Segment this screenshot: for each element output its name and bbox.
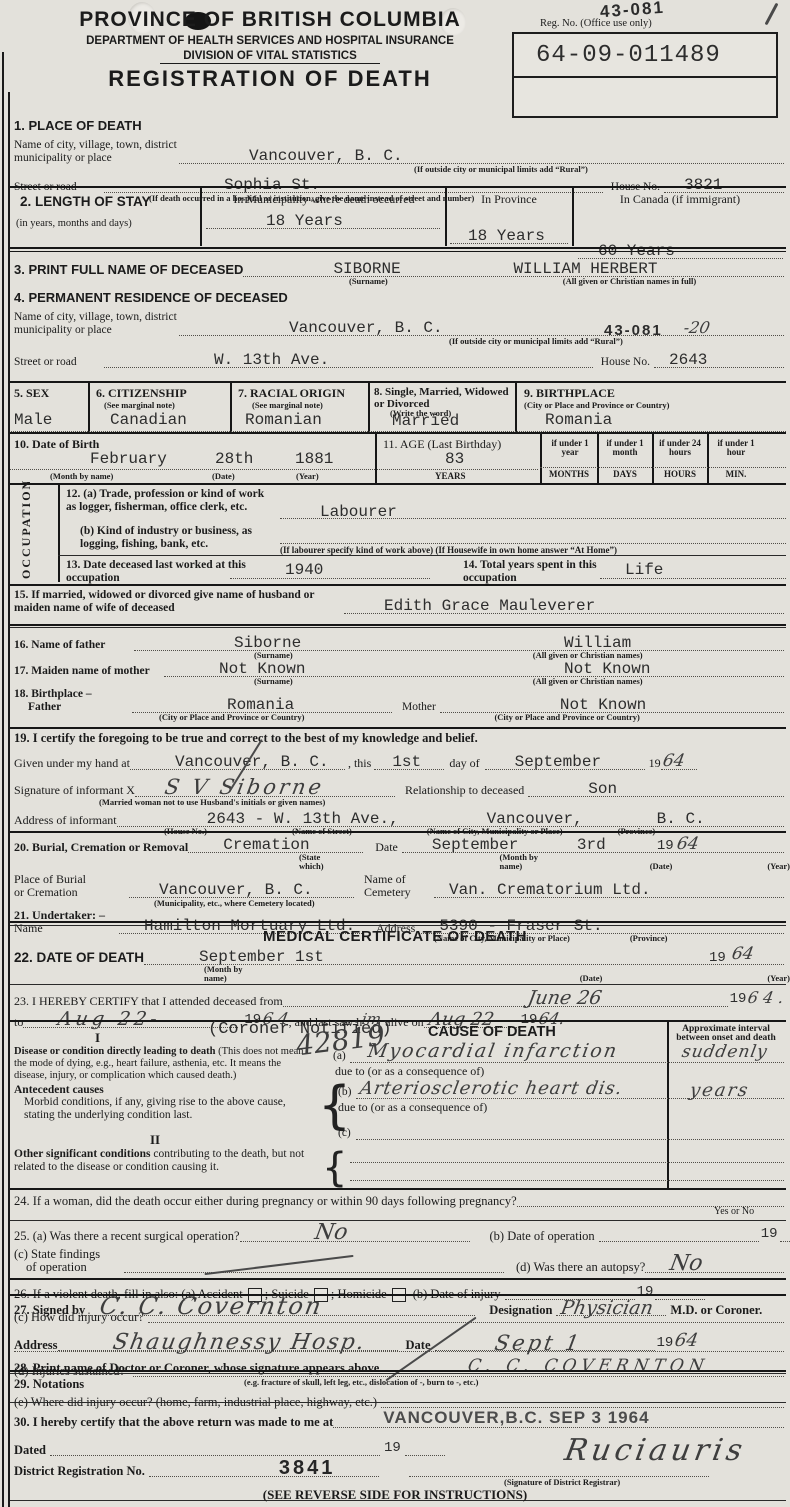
s3-label: 3. PRINT FULL NAME OF DECEASED xyxy=(14,262,243,277)
s24-label: 24. If a woman, did the death occur eith… xyxy=(14,1195,517,1208)
s11-col3-bottom: HOURS xyxy=(656,470,704,479)
s14-value: Life xyxy=(625,561,663,579)
s17-label: 17. Maiden name of mother xyxy=(14,665,164,678)
s19-certify: 19. I certify the foregoing to be true a… xyxy=(14,732,790,745)
section-25-operation: 25. (a) Was there a recent surgical oper… xyxy=(0,1226,790,1276)
s4-stamp: 43-081 xyxy=(604,322,663,339)
s5-value: Male xyxy=(14,411,52,429)
cause-a-value: Myocardial infarction xyxy=(366,1040,620,1062)
s19-rel-label: Relationship to deceased xyxy=(405,784,524,797)
s22-month-note: (Month by name) xyxy=(204,965,250,983)
s11-col4-bottom: MIN. xyxy=(712,470,760,479)
s29-label: 29. Notations xyxy=(14,1377,84,1391)
division-line: DIVISION OF VITAL STATISTICS xyxy=(160,50,380,64)
s19-signature: S V Siborne xyxy=(163,775,326,799)
s16-surname-note: (Surname) xyxy=(254,651,293,660)
s10-date-value: 28th xyxy=(215,450,253,468)
s11-col1-bottom: MONTHS xyxy=(544,470,594,479)
due-to-b: due to (or as a consequence of) xyxy=(338,1101,487,1114)
s7-label: 7. RACIAL ORIGIN xyxy=(238,387,345,399)
s1-city-label: Name of city, village, town, district mu… xyxy=(14,139,179,164)
s30-received-stamp: VANCOUVER,B.C. SEP 3 1964 xyxy=(383,1408,649,1428)
section-15: 15. If married, widowed or divorced give… xyxy=(0,587,790,623)
s10-year-value: 1881 xyxy=(295,450,333,468)
s19-addr-city: Vancouver, xyxy=(487,810,583,828)
s15-value: Edith Grace Mauleverer xyxy=(384,597,595,615)
s10-year-note: (Year) xyxy=(296,472,319,481)
header: PROVINCE OF BRITISH COLUMBIA DEPARTMENT … xyxy=(0,0,790,95)
s20-cem-value: Van. Crematorium Ltd. xyxy=(449,881,651,899)
s6-note: (See marginal note) xyxy=(104,401,175,410)
s22-year-value: 64 xyxy=(730,944,755,964)
other-brace: { xyxy=(322,1148,347,1188)
medcert-title: MEDICAL CERTIFICATE OF DEATH xyxy=(263,928,527,945)
s2-col2-label: In Province xyxy=(452,193,566,206)
s27-date-label: Date xyxy=(406,1339,431,1352)
s19-month-value: September xyxy=(515,753,601,771)
s16-label: 16. Name of father xyxy=(14,639,134,652)
s16-given: William xyxy=(564,634,631,652)
s2-subheading: (in years, months and days) xyxy=(16,218,132,229)
s10-label: 10. Date of Birth xyxy=(14,438,99,451)
s25d-value: No xyxy=(668,1251,705,1276)
s4-city-value: Vancouver, B. C. xyxy=(289,319,443,337)
s12a-label: 12. (a) Trade, profession or kind of wor… xyxy=(66,488,276,513)
s20-cem-label1: Name of xyxy=(364,873,434,886)
s7-value: Romanian xyxy=(245,411,322,429)
s5-label: 5. SEX xyxy=(14,387,49,399)
s27-desig-note: M.D. or Coroner. xyxy=(670,1304,762,1317)
cause-heading: CAUSE OF DEATH xyxy=(428,1024,556,1040)
section-5-9: 5. SEX Male 6. CITIZENSHIP (See marginal… xyxy=(0,383,790,432)
s19-year-value: 64 xyxy=(661,751,686,771)
s24-note: Yes or No xyxy=(714,1207,790,1216)
s11-years-value: 83 xyxy=(445,450,464,468)
section-10-11: 10. Date of Birth February 28th 1881 (Mo… xyxy=(0,434,790,483)
district-reg-number: 3841 xyxy=(279,1457,336,1480)
s27-label: 27. Signed by xyxy=(14,1304,85,1317)
s20-date-label: Date xyxy=(375,841,398,854)
section-4-residence: 4. PERMANENT RESIDENCE OF DECEASED Name … xyxy=(0,290,790,380)
section-27-28-signed: 27. Signed by C. C. Covernton Designatio… xyxy=(0,1297,790,1369)
s23-from-value: June 26 xyxy=(526,987,603,1009)
s19-sig-label: Signature of informant X xyxy=(14,784,135,797)
footer-text: (SEE REVERSE SIDE FOR INSTRUCTIONS) xyxy=(263,1487,527,1502)
s12b-note: (If labourer specify kind of work above)… xyxy=(280,546,617,555)
s10-month-note: (Month by name) xyxy=(50,472,113,481)
s2-heading: 2. LENGTH OF STAY xyxy=(20,194,151,209)
s19-day-value: 1st xyxy=(392,753,421,771)
form-title: REGISTRATION OF DEATH xyxy=(95,66,445,92)
s19-this-label: , this xyxy=(348,757,371,770)
s11-col4-top: if under 1 hour xyxy=(712,439,760,457)
s20-place-label2: or Cremation xyxy=(14,886,129,899)
s18-father-note: (City or Place and Province or Country) xyxy=(159,713,304,722)
s1-heading: 1. PLACE OF DEATH xyxy=(14,118,790,133)
s22-year-note: (Year) xyxy=(767,974,790,983)
s18-label1: 18. Birthplace – xyxy=(14,688,132,701)
s17-surname-note: (Surname) xyxy=(254,677,293,686)
antecedent-label-lead: Antecedent causes xyxy=(14,1084,314,1096)
s20-date-year-note: (Year) xyxy=(767,862,790,871)
other-label-lead: Other significant conditions xyxy=(14,1148,151,1160)
section-2-length-of-stay: 2. LENGTH OF STAY (in years, months and … xyxy=(0,188,790,246)
section-12-14-occupation: OCCUPATION 12. (a) Trade, profession or … xyxy=(0,485,790,582)
s8-label: 8. Single, Married, Widowed or Divorced xyxy=(374,386,509,410)
s20-place-value: Vancouver, B. C. xyxy=(159,881,313,899)
death-registration-certificate: PROVINCE OF BRITISH COLUMBIA DEPARTMENT … xyxy=(0,0,790,1507)
s14-label: 14. Total years spent in this occupation xyxy=(463,559,623,584)
s3-surname-note: (Surname) xyxy=(349,277,388,286)
s20-date-month: September xyxy=(432,836,518,854)
medical-certificate-header: MEDICAL CERTIFICATE OF DEATH xyxy=(0,928,790,950)
s6-value: Canadian xyxy=(110,411,187,429)
s13-label: 13. Date deceased last worked at this oc… xyxy=(66,559,266,584)
s20-date-day: 3rd xyxy=(577,836,606,854)
s4-street-value: W. 13th Ave. xyxy=(214,351,329,369)
s2-col1-value: 18 Years xyxy=(266,212,343,230)
s10-date-note: (Date) xyxy=(212,472,235,481)
s18-mother-note: (City or Place and Province or Country) xyxy=(494,713,639,722)
s23-from-year: 6 4 . xyxy=(747,988,786,1007)
province-title: PROVINCE OF BRITISH COLUMBIA xyxy=(75,8,465,32)
s30-dated-year: 19 xyxy=(384,1440,401,1456)
s20-date-year: 64 xyxy=(675,834,700,854)
s18-father-value: Romania xyxy=(227,696,294,714)
s1-city-note: (If outside city or municipal limits add… xyxy=(414,165,790,174)
s11-label: 11. AGE (Last Birthday) xyxy=(383,438,501,451)
s7-note: (See marginal note) xyxy=(252,401,323,410)
s2-col1-label: In Municipality where death occurred xyxy=(210,193,438,206)
s22-label: 22. DATE OF DEATH xyxy=(14,950,144,965)
section-22-date-of-death: 22. DATE OF DEATH September 1st 19 64 (M… xyxy=(0,950,790,984)
section-3-name: 3. PRINT FULL NAME OF DECEASED SIBORNE W… xyxy=(0,256,790,290)
s4-house-label: House No. xyxy=(601,356,650,369)
s25a-label: 25. (a) Was there a recent surgical oper… xyxy=(14,1230,240,1243)
s17-given-note: (All given or Christian names) xyxy=(533,677,643,686)
s2-col2-value: 18 Years xyxy=(468,227,545,245)
s18-mother-label: Mother xyxy=(402,701,436,714)
s4-street-label: Street or road xyxy=(14,356,104,369)
disease-label-lead: Disease or condition directly leading to… xyxy=(14,1046,215,1057)
s20-label: 20. Burial, Cremation or Removal xyxy=(14,841,188,854)
s9-value: Romania xyxy=(545,411,612,429)
s20-cem-label2: Cemetery xyxy=(364,886,434,899)
cause-b-label: (b) xyxy=(338,1086,351,1099)
s25b-year: 19 xyxy=(761,1226,778,1242)
s11-years-note: YEARS xyxy=(435,472,466,481)
roman-numeral-1: I xyxy=(95,1032,100,1044)
footer: (SEE REVERSE SIDE FOR INSTRUCTIONS) xyxy=(0,1486,790,1506)
cause-b-interval: years xyxy=(688,1080,751,1101)
occupation-vertical-label: OCCUPATION xyxy=(20,489,32,579)
s23-yr1: 19 xyxy=(730,991,747,1007)
s22-yr: 19 xyxy=(709,950,726,966)
s4-heading: 4. PERMANENT RESIDENCE OF DECEASED xyxy=(14,290,790,305)
s27-signature: C. C. Covernton xyxy=(98,1292,326,1320)
section-29-notations: 29. Notations xyxy=(0,1375,790,1405)
s16-surname: Siborne xyxy=(234,634,301,652)
s19-given-label: Given under my hand at xyxy=(14,757,130,770)
s19-dayof-label: day of xyxy=(449,757,479,770)
s27-desig-value: Physician xyxy=(559,1297,655,1319)
s4-city-label: Name of city, village, town, district mu… xyxy=(14,311,179,336)
s25c-label1: (c) State findings xyxy=(14,1248,124,1261)
roman-numeral-2: II xyxy=(150,1134,160,1146)
cause-b-value: Arteriosclerotic heart dis. xyxy=(358,1078,624,1099)
s30-dated-label: Dated xyxy=(14,1444,46,1457)
s27-date-value: Sept 1 xyxy=(492,1331,583,1355)
cause-c-label: (c) xyxy=(338,1127,351,1140)
s11-col2-top: if under 1 month xyxy=(601,439,649,457)
s27-addr-value: Shaughnessy Hosp. xyxy=(110,1330,367,1355)
s20-date-day-note: (Date) xyxy=(650,862,673,871)
s21-label1: 21. Undertaker: – xyxy=(14,909,119,922)
s17-given: Not Known xyxy=(564,660,650,678)
s25d-label: (d) Was there an autopsy? xyxy=(516,1261,645,1274)
s13-value: 1940 xyxy=(285,561,323,579)
s25c-label2: of operation xyxy=(26,1261,124,1274)
s25b-label: (b) Date of operation xyxy=(490,1230,595,1243)
s27-yr: 19 xyxy=(657,1335,674,1351)
s27-addr-label: Address xyxy=(14,1339,58,1352)
s30-label: 30. I hereby certify that the above retu… xyxy=(14,1416,333,1429)
s2-col3-label: In Canada (if immigrant) xyxy=(580,193,780,206)
section-30-registrar: 30. I hereby certify that the above retu… xyxy=(0,1407,790,1483)
reg-number-value: 64-09-011489 xyxy=(536,42,721,69)
department-line: DEPARTMENT OF HEALTH SERVICES AND HOSPIT… xyxy=(55,35,485,47)
s19-year-prefix: 19 xyxy=(649,757,661,770)
section-16-18: 16. Name of father Siborne William (Surn… xyxy=(0,630,790,726)
s20-note: (State which) xyxy=(299,853,345,871)
s3-given-value: WILLIAM HERBERT xyxy=(513,260,657,278)
s1-city-value: Vancouver, B. C. xyxy=(249,147,403,165)
antecedent-label-rest: Morbid conditions, if any, giving rise t… xyxy=(24,1096,314,1122)
s30-dist-label: District Registration No. xyxy=(14,1465,145,1478)
s19-addr-value: 2643 - W. 13th Ave., xyxy=(207,810,399,828)
section-20-21-burial: 20. Burial, Cremation or Removal Cremati… xyxy=(0,834,790,920)
section-23-attended: 23. I HEREBY CERTIFY that I attended dec… xyxy=(0,988,790,1020)
s25a-value: No xyxy=(312,1220,349,1245)
s11-col3-top: if under 24 hours xyxy=(656,439,704,457)
s27-date-year: 64 xyxy=(673,1330,700,1351)
s22-value: September 1st xyxy=(199,948,324,966)
due-to-a: due to (or as a consequence of) xyxy=(335,1065,484,1078)
s4-house-value: 2643 xyxy=(669,351,707,369)
s19-rel-value: Son xyxy=(588,780,617,798)
s16-given-note: (All given or Christian names) xyxy=(533,651,643,660)
s9-label: 9. BIRTHPLACE xyxy=(524,387,615,399)
s9-note: (City or Place and Province or Country) xyxy=(524,401,669,410)
section-19-informant: 19. I certify the foregoing to be true a… xyxy=(0,730,790,830)
reg-number-box: 64-09-011489 xyxy=(512,32,778,118)
interval-heading: Approximate interval between onset and d… xyxy=(676,1025,776,1043)
s3-given-note: (All given or Christian names in full) xyxy=(563,277,697,286)
s6-label: 6. CITIZENSHIP xyxy=(96,387,187,399)
s11-col1-top: if under 1 year xyxy=(546,439,594,457)
s15-label: 15. If married, widowed or divorced give… xyxy=(14,589,344,614)
s20-yr: 19 xyxy=(657,838,674,854)
s18-mother-value: Not Known xyxy=(560,696,646,714)
s20-value: Cremation xyxy=(223,836,309,854)
section-1-place-of-death: 1. PLACE OF DEATH Name of city, village,… xyxy=(0,118,790,186)
section-24-pregnancy: 24. If a woman, did the death occur eith… xyxy=(0,1192,790,1218)
s10-month-value: February xyxy=(90,450,167,468)
s19-addr-prov: B. C. xyxy=(657,810,705,828)
s11-col2-bottom: DAYS xyxy=(601,470,649,479)
s12b-label: (b) Kind of industry or business, as log… xyxy=(80,525,290,550)
s20-date-month-note: (Month by name) xyxy=(500,853,560,871)
s19-addr-label: Address of informant xyxy=(14,814,117,827)
s20-place-note: (Municipality, etc., where Cemetery loca… xyxy=(154,899,790,908)
s20-place-label1: Place of Burial xyxy=(14,873,129,886)
pen-stroke xyxy=(204,1255,353,1275)
s8-value: Married xyxy=(392,412,459,430)
s17-surname: Not Known xyxy=(219,660,305,678)
s22-date-note: (Date) xyxy=(580,974,603,983)
s23-line1-label: 23. I HEREBY CERTIFY that I attended dec… xyxy=(14,995,283,1008)
reg-number-label: Reg. No. (Office use only) xyxy=(540,18,652,29)
s27-desig-label: Designation xyxy=(489,1304,552,1317)
s4-stamp-hand: -20 xyxy=(682,318,711,337)
cause-a-interval: suddenly xyxy=(680,1042,769,1062)
s3-surname-value: SIBORNE xyxy=(333,260,400,278)
cause-of-death-box: (Coroner Notified) CAUSE OF DEATH Approx… xyxy=(0,1022,790,1188)
cause-a-label: (a) xyxy=(333,1050,346,1063)
s18-label2: Father xyxy=(28,701,132,714)
